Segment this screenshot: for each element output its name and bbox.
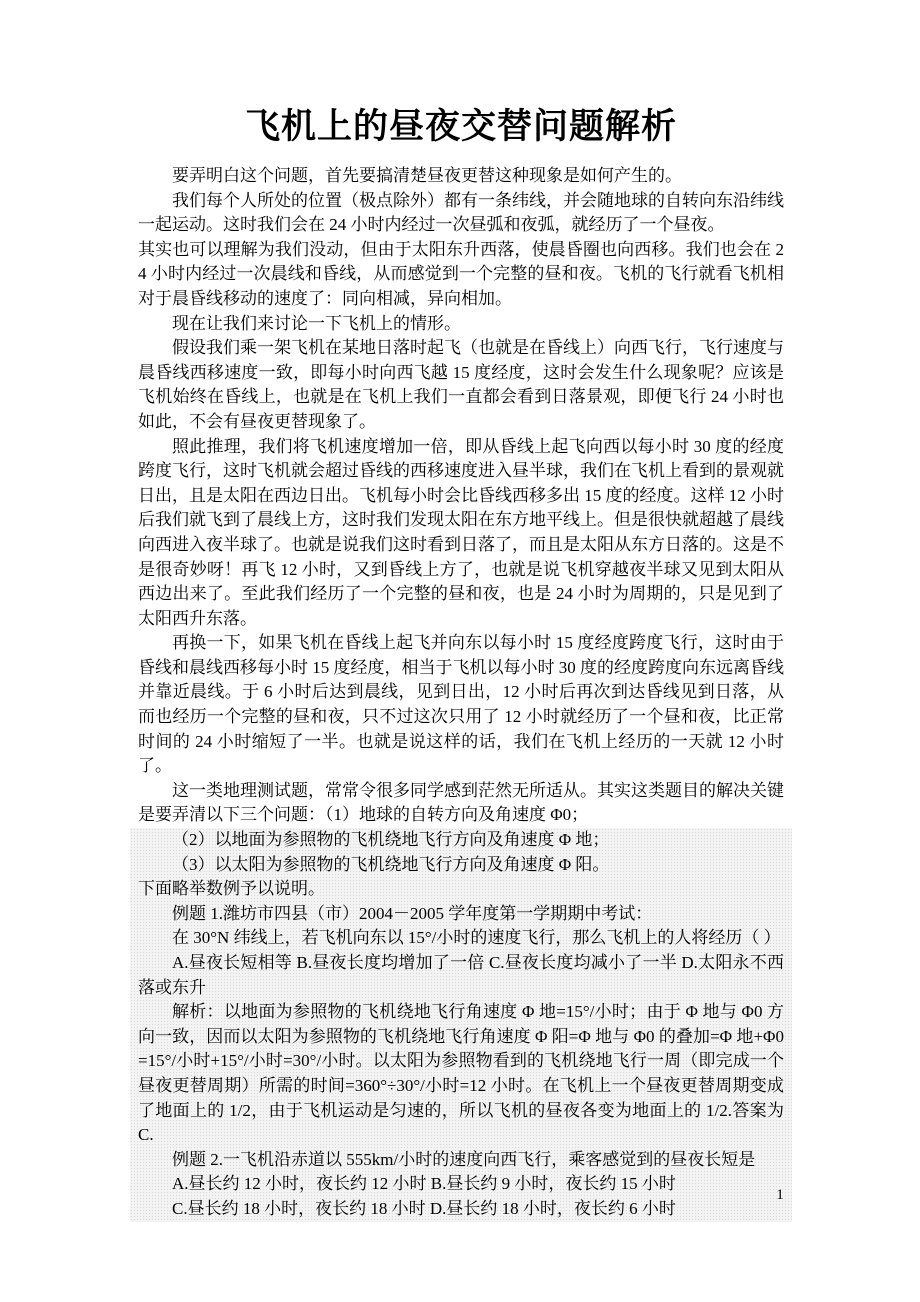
- paragraph: 要弄明白这个问题，首先要搞清楚昼夜更替这种现象是如何产生的。: [138, 164, 784, 189]
- paragraph: C.昼长约 18 小时，夜长约 18 小时 D.昼长约 18 小时，夜长约 6 …: [138, 1197, 784, 1222]
- paragraph: 再换一下，如果飞机在昏线上起飞并向东以每小时 15 度经度跨度飞行，这时由于昏线…: [138, 631, 784, 779]
- paragraph: A.昼长约 12 小时，夜长约 12 小时 B.昼长约 9 小时，夜长约 15 …: [138, 1172, 784, 1197]
- paragraph: A.昼夜长短相等 B.昼夜长度均增加了一倍 C.昼夜长度均减小了一半 D.太阳永…: [138, 951, 784, 1000]
- paragraph: 照此推理，我们将飞机速度增加一倍，即从昏线上起飞向西以每小时 30 度的经度跨度…: [138, 435, 784, 632]
- paragraph: 在 30°N 纬线上，若飞机向东以 15°/小时的速度飞行，那么飞机上的人将经历…: [138, 926, 784, 951]
- document-page: 飞机上的昼夜交替问题解析 要弄明白这个问题，首先要搞清楚昼夜更替这种现象是如何产…: [0, 0, 920, 1302]
- paragraph: （2）以地面为参照物的飞机绕地飞行方向及角速度 Φ 地；: [138, 828, 784, 853]
- paragraph: 其实也可以理解为我们没动，但由于太阳东升西落，使晨昏圈也向西移。我们也会在 24…: [138, 238, 784, 312]
- document-title: 飞机上的昼夜交替问题解析: [138, 103, 784, 151]
- paragraph: 假设我们乘一架飞机在某地日落时起飞（也就是在昏线上）向西飞行，飞行速度与晨昏线西…: [138, 336, 784, 434]
- paragraph: 这一类地理测试题，常常令很多同学感到茫然无所适从。其实这类题目的解决关键是要弄清…: [138, 779, 784, 828]
- paragraph: 我们每个人所处的位置（极点除外）都有一条纬线，并会随地球的自转向东沿纬线一起运动…: [138, 189, 784, 238]
- paragraph: 例题 1.潍坊市四县（市）2004－2005 学年度第一学期期中考试：: [138, 902, 784, 927]
- page-number: 1: [770, 1185, 790, 1205]
- text-block: 飞机上的昼夜交替问题解析 要弄明白这个问题，首先要搞清楚昼夜更替这种现象是如何产…: [138, 0, 784, 1222]
- paragraph: 解析：以地面为参照物的飞机绕地飞行角速度 Φ 地=15°/小时；由于 Φ 地与 …: [138, 1000, 784, 1148]
- paragraph: 例题 2.一飞机沿赤道以 555km/小时的速度向西飞行，乘客感觉到的昼夜长短是: [138, 1148, 784, 1173]
- paragraph: 现在让我们来讨论一下飞机上的情形。: [138, 312, 784, 337]
- paragraph: 下面略举数例予以说明。: [138, 877, 784, 902]
- paragraph: （3）以太阳为参照物的飞机绕地飞行方向及角速度 Φ 阳。: [138, 853, 784, 878]
- highlighted-section: （2）以地面为参照物的飞机绕地飞行方向及角速度 Φ 地； （3）以太阳为参照物的…: [130, 828, 792, 1222]
